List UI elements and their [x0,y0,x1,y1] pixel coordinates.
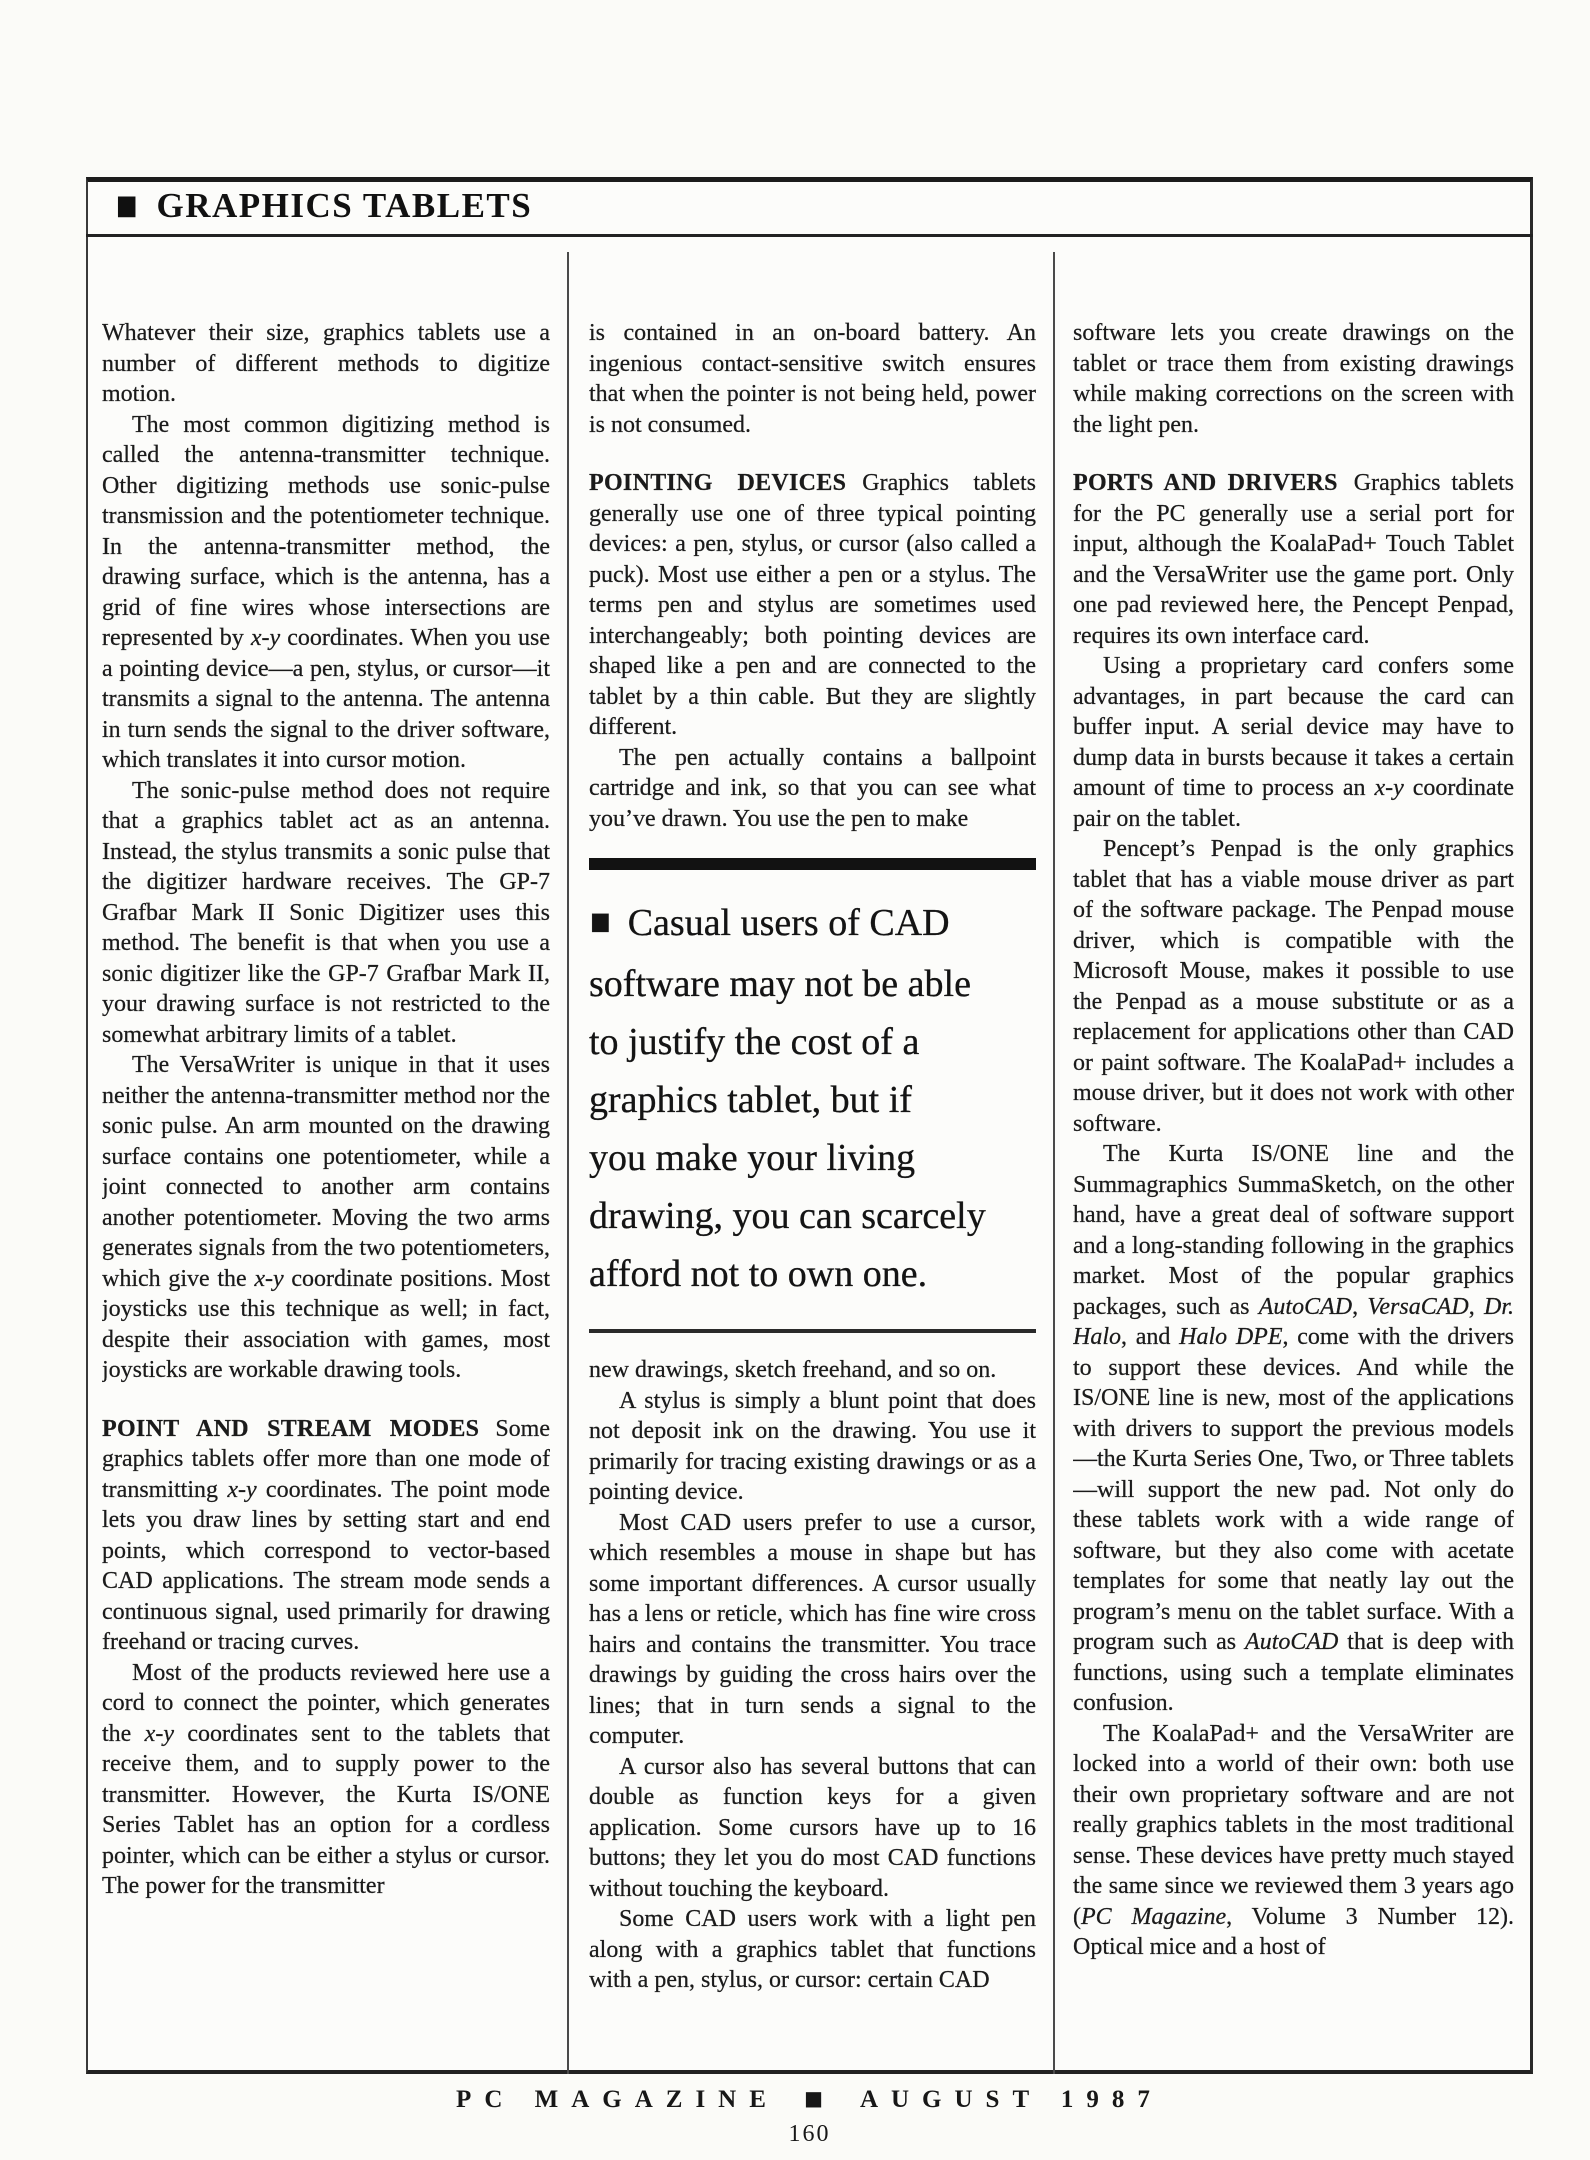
paragraph: The Kurta IS/ONE line and the Summagraph… [1073,1139,1514,1719]
italic-text: x-y [227,1477,256,1503]
footer-bullet-icon: ■ [804,2086,836,2110]
page-title: GRAPHICS TABLETS [157,186,533,226]
paragraph: Pencept’s Penpad is the only graphics ta… [1073,834,1514,1139]
paragraph: new drawings, sketch freehand, and so on… [589,1355,1036,1386]
italic-text: AutoCAD [1245,1629,1338,1655]
section-heading: POINTING DEVICES [589,470,862,496]
paragraph: The KoalaPad+ and the VersaWriter are lo… [1073,1719,1514,1963]
italic-text: AutoCAD [1259,1294,1352,1320]
section-heading: POINT AND STREAM MODES [102,1416,495,1442]
footer-issue-date: AUGUST 1987 [860,2086,1163,2113]
paragraph: A cursor also has several buttons that c… [589,1752,1036,1905]
footer-magazine-name: PC MAGAZINE [456,2086,779,2113]
italic-text: x-y [251,625,280,651]
italic-text: x-y [145,1721,174,1747]
paragraph: Most CAD users prefer to use a cursor, w… [589,1508,1036,1752]
pull-quote-bottom-rule [589,1329,1036,1333]
italic-text: x-y [254,1266,283,1292]
italic-text: Halo DPE [1179,1324,1282,1350]
article-kicker: ■ GRAPHICS TABLETS [86,177,1533,237]
paragraph: A stylus is simply a blunt point that do… [589,1386,1036,1508]
page-number: 160 [86,2121,1533,2148]
section-paragraph: PORTS AND DRIVERSGraphics tablets for th… [1073,468,1514,651]
section-heading: PORTS AND DRIVERS [1073,470,1354,496]
paragraph: The most common digitizing method is cal… [102,410,550,776]
paragraph: Using a proprietary card confers some ad… [1073,651,1514,834]
paragraph: is contained in an on-board battery. An … [589,318,1036,440]
square-bullet-icon: ■ [116,192,138,219]
pull-quote: ■Casual users of CADsoftware may not be … [589,858,1036,1333]
footer-folio-line: PC MAGAZINE ■ AUGUST 1987 [86,2086,1533,2114]
section-paragraph: POINTING DEVICESGraphics tablets general… [589,468,1036,743]
text-column-3: software lets you create drawings on the… [1073,318,1514,2068]
column-divider-2 [1053,252,1055,2074]
paragraph: Most of the products reviewed here use a… [102,1658,550,1902]
paragraph: The VersaWriter is unique in that it use… [102,1050,550,1386]
pull-quote-text: ■Casual users of CADsoftware may not be … [589,894,1036,1303]
pull-quote-top-rule [589,858,1036,870]
italic-text: x-y [1374,775,1403,801]
italic-text: VersaCAD [1367,1294,1468,1320]
paragraph: software lets you create drawings on the… [1073,318,1514,440]
text-column-1: Whatever their size, graphics tablets us… [102,318,550,2068]
paragraph: Some CAD users work with a light pen alo… [589,1904,1036,1996]
text-column-2: is contained in an on-board battery. An … [589,318,1036,2068]
section-paragraph: POINT AND STREAM MODESSome graphics tabl… [102,1414,550,1658]
paragraph: The pen actually contains a ballpoint ca… [589,743,1036,835]
paragraph: The sonic-pulse method does not require … [102,776,550,1051]
italic-text: PC Magazine [1081,1904,1226,1930]
column-divider-1 [567,252,569,2074]
paragraph: Whatever their size, graphics tablets us… [102,318,550,410]
square-bullet-icon: ■ [590,892,610,950]
page-footer: PC MAGAZINE ■ AUGUST 1987 160 [86,2086,1533,2148]
